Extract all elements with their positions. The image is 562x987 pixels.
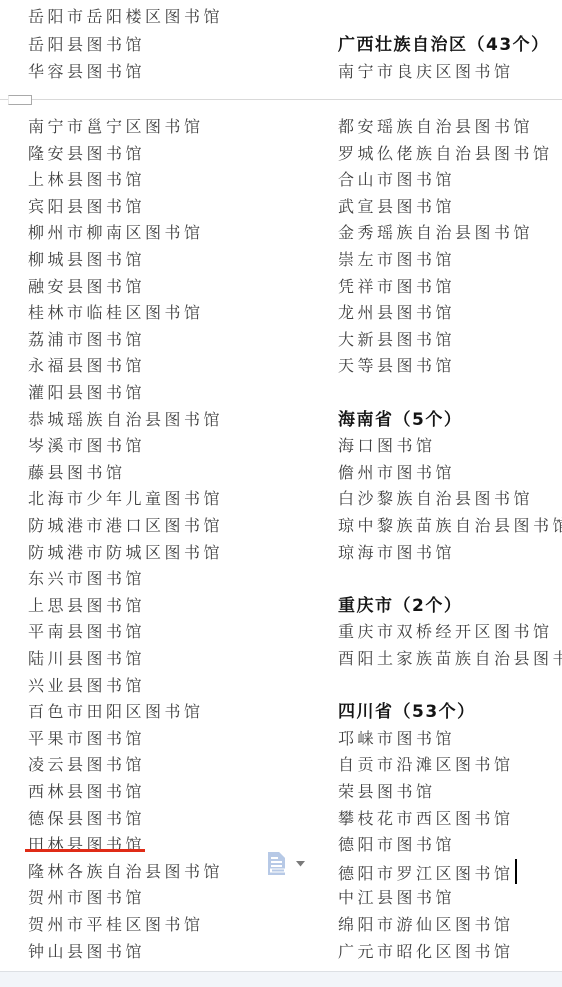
library-list-item: 百色市田阳区图书馆 [28, 702, 204, 722]
library-list-item: 凭祥市图书馆 [338, 277, 455, 297]
library-list-item: 钟山县图书馆 [28, 942, 145, 962]
library-list-item: 南宁市邕宁区图书馆 [28, 117, 204, 137]
library-list-item: 防城港市防城区图书馆 [28, 543, 223, 563]
library-list-item: 宾阳县图书馆 [28, 197, 145, 217]
document-page: 岳阳市岳阳楼区图书馆岳阳县图书馆华容县图书馆南宁市邕宁区图书馆隆安县图书馆上林县… [0, 0, 562, 987]
library-list-item: 防城港市港口区图书馆 [28, 516, 223, 536]
library-list-item: 上林县图书馆 [28, 170, 145, 190]
library-list-item: 德保县图书馆 [28, 809, 145, 829]
library-list-item: 平果市图书馆 [28, 729, 145, 749]
library-list-item: 白沙黎族自治县图书馆 [338, 489, 533, 509]
library-list-item: 贺州市图书馆 [28, 888, 145, 908]
library-list-item: 大新县图书馆 [338, 330, 455, 350]
library-list-item: 北海市少年儿童图书馆 [28, 489, 223, 509]
library-list-item: 隆安县图书馆 [28, 144, 145, 164]
page-break-box-icon [8, 95, 32, 105]
chevron-down-icon [296, 861, 305, 867]
library-list-item: 陆川县图书馆 [28, 649, 145, 669]
library-list-item: 西林县图书馆 [28, 782, 145, 802]
library-list-item: 龙州县图书馆 [338, 303, 455, 323]
province-header: 海南省（5个） [338, 410, 462, 430]
red-underline [25, 849, 145, 852]
library-list-item: 德阳市图书馆 [338, 835, 455, 855]
library-list-item: 恭城瑶族自治县图书馆 [28, 410, 223, 430]
library-list-item: 南宁市良庆区图书馆 [338, 62, 514, 82]
library-list-item: 东兴市图书馆 [28, 569, 145, 589]
province-header: 四川省（53个） [338, 702, 476, 722]
library-list-item: 金秀瑶族自治县图书馆 [338, 223, 533, 243]
library-list-item: 凌云县图书馆 [28, 755, 145, 775]
library-list-item: 平南县图书馆 [28, 622, 145, 642]
paste-options-icon [268, 852, 288, 875]
library-list-item: 崇左市图书馆 [338, 250, 455, 270]
library-list-item: 攀枝花市西区图书馆 [338, 809, 514, 829]
library-list-item: 岳阳市岳阳楼区图书馆 [28, 7, 223, 27]
library-list-item: 贺州市平桂区图书馆 [28, 915, 204, 935]
library-list-item: 隆林各族自治县图书馆 [28, 862, 223, 882]
province-header: 广西壮族自治区（43个） [338, 35, 550, 55]
library-list-item: 上思县图书馆 [28, 596, 145, 616]
library-list-item: 合山市图书馆 [338, 170, 455, 190]
page-bottom-margin [0, 971, 562, 987]
library-list-item: 荣县图书馆 [338, 782, 436, 802]
library-list-item: 绵阳市游仙区图书馆 [338, 915, 514, 935]
page-break-marker[interactable] [0, 93, 562, 107]
library-list-item: 华容县图书馆 [28, 62, 145, 82]
library-list-item: 罗城仫佬族自治县图书馆 [338, 144, 553, 164]
library-list-item: 自贡市沿滩区图书馆 [338, 755, 514, 775]
library-list-item: 柳城县图书馆 [28, 250, 145, 270]
library-list-item: 兴业县图书馆 [28, 676, 145, 696]
page-break-line [0, 99, 562, 100]
library-list-item: 武宣县图书馆 [338, 197, 455, 217]
library-list-item: 中江县图书馆 [338, 888, 455, 908]
library-list-item: 桂林市临桂区图书馆 [28, 303, 204, 323]
province-header: 重庆市（2个） [338, 596, 462, 616]
library-list-item: 田林县图书馆 [28, 835, 145, 855]
library-list-item: 天等县图书馆 [338, 356, 455, 376]
library-list-item: 琼海市图书馆 [338, 543, 455, 563]
library-list-item: 永福县图书馆 [28, 356, 145, 376]
library-list-item: 荔浦市图书馆 [28, 330, 145, 350]
library-list-item: 柳州市柳南区图书馆 [28, 223, 204, 243]
library-list-item: 酉阳土家族苗族自治县图书 [338, 649, 562, 669]
library-list-item: 琼中黎族苗族自治县图书馆 [338, 516, 562, 536]
library-list-item: 藤县图书馆 [28, 463, 126, 483]
library-list-item: 邛崃市图书馆 [338, 729, 455, 749]
library-list-item: 融安县图书馆 [28, 277, 145, 297]
library-list-item: 岳阳县图书馆 [28, 35, 145, 55]
library-list-item: 海口图书馆 [338, 436, 436, 456]
library-list-item: 重庆市双桥经开区图书馆 [338, 622, 553, 642]
paste-options-button[interactable] [266, 851, 308, 877]
text-cursor [515, 859, 517, 884]
library-list-item: 都安瑶族自治县图书馆 [338, 117, 533, 137]
library-list-item: 岑溪市图书馆 [28, 436, 145, 456]
library-list-item: 广元市昭化区图书馆 [338, 942, 514, 962]
library-list-item: 灌阳县图书馆 [28, 383, 145, 403]
library-list-item: 德阳市罗江区图书馆 [338, 862, 517, 882]
library-list-item: 儋州市图书馆 [338, 463, 455, 483]
